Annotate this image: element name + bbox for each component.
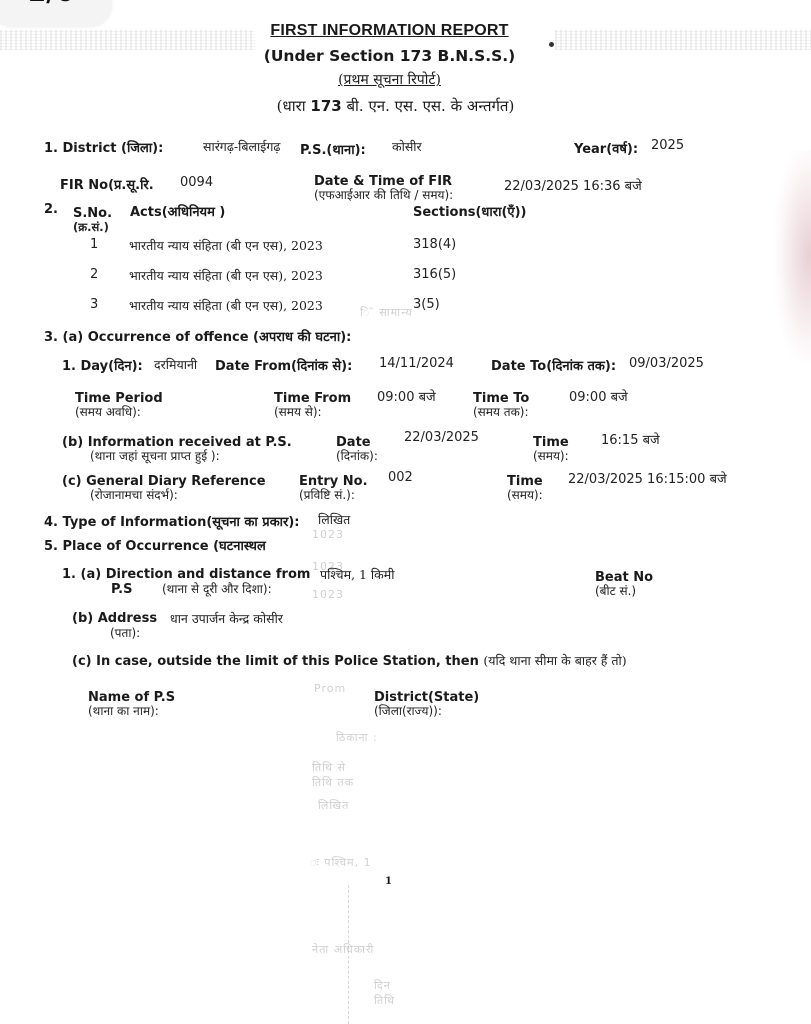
bleed-through-mark: तिथि तक (312, 775, 354, 790)
date-from-label: Date From(दिनांक से): (215, 356, 352, 374)
time-to-value: 09:00 बजे (569, 387, 628, 405)
sections-header: Sections(धारा(ऍं)) (413, 202, 526, 220)
bleed-through-mark: तिथि (374, 993, 395, 1008)
outside-limit-label: (c) In case, outside the limit of this P… (72, 652, 627, 669)
occurrence-label: 3. (a) Occurrence of offence (अपराध की घ… (44, 327, 351, 345)
bleed-through-mark: तिथि से (312, 760, 346, 775)
info-received-label: (b) Information received at P.S. (थाना ज… (62, 431, 292, 463)
bleed-through-mark: लिखित (318, 798, 349, 813)
row-section: 316(5) (413, 267, 456, 282)
other-ps-name-label: Name of P.S (थाना का नाम): (88, 686, 175, 718)
district-label: 1. District (जिला): (44, 138, 163, 156)
address-value: धान उपार्जन केन्द्र कोसीर (170, 610, 283, 627)
time-from-label: Time From (समय से): (274, 387, 351, 419)
page-number: 1 (385, 876, 392, 887)
row-sno: 3 (90, 297, 98, 312)
direction-distance-sub: (थाना से दूरी और दिशा): (162, 583, 272, 596)
document-subtitle-hindi: (धारा 173 बी. एन. एस. एस. के अन्तर्गत) (0, 96, 801, 116)
day-label: 1. Day(दिन): (62, 356, 143, 374)
bleed-through-mark: ः पश्चिम, 1 (310, 855, 372, 870)
district-value: सारंगढ़-बिलाईगढ़ (203, 138, 280, 155)
bleed-through-mark: नेता अधिकारी (312, 942, 374, 957)
scan-smudge (776, 150, 811, 360)
bleed-through-line (348, 885, 349, 1024)
section2-number: 2. (44, 202, 58, 217)
year-value: 2025 (651, 138, 684, 153)
document-subtitle: (Under Section 173 B.N.S.S.) (0, 47, 795, 65)
gd-time-value: 22/03/2025 16:15:00 बजे (568, 469, 727, 487)
fir-datetime-value: 22/03/2025 16:36 बजे (504, 176, 642, 194)
date-to-value: 09/03/2025 (629, 356, 704, 371)
entry-no-label: Entry No. (प्रविष्टि सं.): (299, 470, 368, 502)
year-label: Year(वर्ष): (574, 139, 638, 157)
fir-datetime-label: Date & Time of FIR (एफआईआर की तिथि / समय… (314, 170, 453, 202)
address-sub: (पता): (110, 627, 140, 640)
bleed-through-mark: 1023 (312, 560, 344, 573)
ps-value: कोसीर (392, 138, 422, 155)
fir-no-value: 0094 (180, 175, 213, 190)
acts-header: Acts(अधिनियम ) (130, 202, 225, 220)
row-act: भारतीय न्याय संहिता (बी एन एस), 2023 (129, 237, 323, 254)
date-to-label: Date To(दिनांक तक): (491, 356, 616, 374)
bleed-through-mark: ि ̃ सामान्य (360, 305, 413, 320)
other-district-state-label: District(State) (जिला(राज्य)): (374, 686, 479, 718)
document-title: FIRST INFORMATION REPORT (0, 22, 795, 40)
general-diary-label: (c) General Diary Reference (रोजानामचा स… (62, 470, 266, 502)
info-type-label: 4. Type of Information(सूचना का प्रकार): (44, 512, 300, 530)
address-label: (b) Address (72, 611, 157, 626)
bleed-through-mark: 1023 (312, 588, 344, 601)
day-value: दरमियानी (154, 356, 197, 373)
time-from-value: 09:00 बजे (377, 387, 436, 405)
time-to-label: Time To (समय तक): (473, 387, 529, 419)
info-time-value: 16:15 बजे (601, 430, 660, 448)
fir-no-label: FIR No(प्र.सू.रि. (60, 175, 154, 193)
sno-header: S.No. (क्र.सं.) (73, 202, 112, 234)
row-act: भारतीय न्याय संहिता (बी एन एस), 2023 (129, 267, 323, 284)
row-sno: 2 (90, 267, 98, 282)
document-title-hindi: (प्रथम सूचना रिपोर्ट) (0, 70, 795, 89)
gd-time-label: Time (समय): (507, 470, 543, 502)
place-of-occurrence-label: 5. Place of Occurrence (घटनास्थल (44, 536, 266, 554)
info-date-value: 22/03/2025 (404, 430, 479, 445)
bleed-through-mark: दिन (374, 978, 391, 993)
row-sno: 1 (90, 237, 98, 252)
row-section: 318(4) (413, 237, 456, 252)
bleed-through-mark: ठिकाना : (336, 730, 378, 745)
bleed-through-mark: Prom (314, 682, 346, 695)
row-act: भारतीय न्याय संहिता (बी एन एस), 2023 (129, 297, 323, 314)
beat-no-label: Beat No (बीट सं.) (595, 566, 653, 598)
info-type-value: लिखित (318, 511, 350, 528)
direction-ps-label: P.S (111, 582, 132, 597)
bleed-through-mark: 1023 (312, 528, 344, 541)
entry-no-value: 002 (388, 470, 413, 485)
info-time-label: Time (समय): (533, 431, 569, 463)
ps-label: P.S.(थाना): (300, 140, 366, 158)
date-from-value: 14/11/2024 (379, 356, 454, 371)
time-period-label: Time Period (समय अवधि): (75, 387, 163, 419)
direction-distance-label: 1. (a) Direction and distance from (62, 567, 310, 582)
info-date-label: Date (दिनांक): (336, 431, 378, 463)
row-section: 3(5) (413, 297, 440, 312)
